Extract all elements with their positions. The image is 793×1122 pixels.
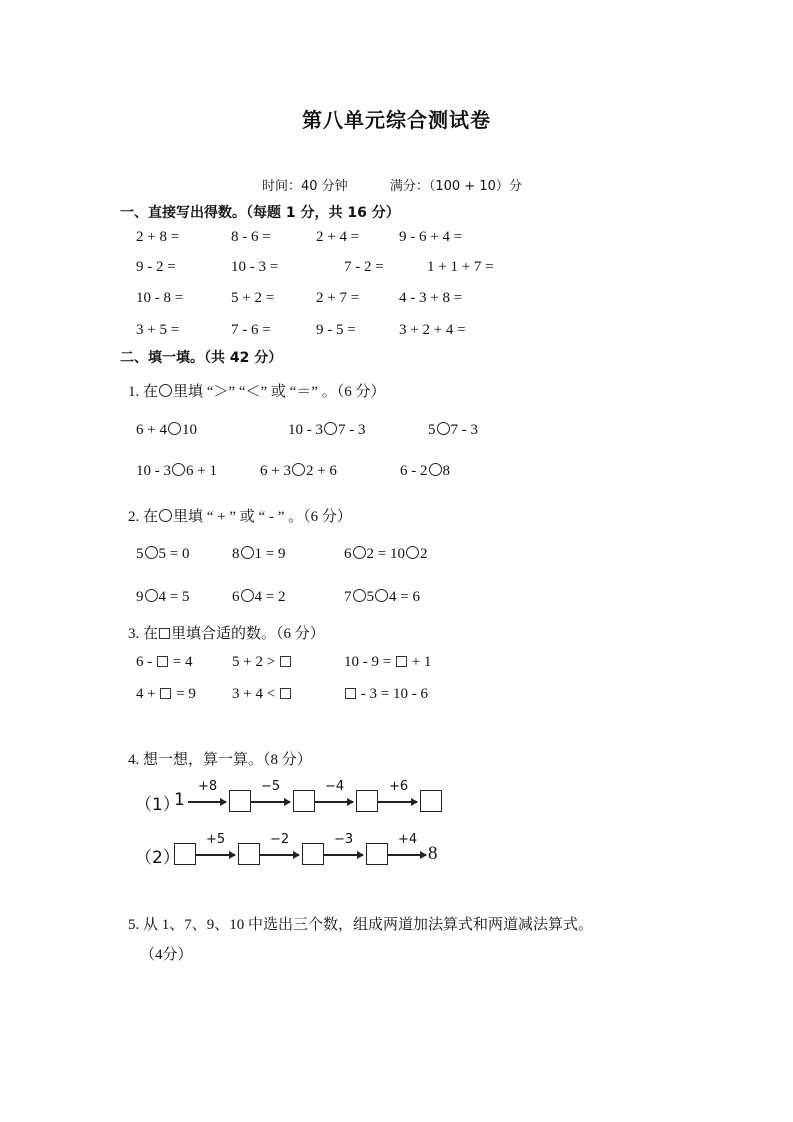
arrow-icon	[315, 801, 353, 803]
arrow-icon	[188, 801, 226, 803]
operator-item: 62 = 102	[344, 546, 427, 563]
operand: 6	[232, 589, 240, 605]
answer-square[interactable]	[280, 656, 291, 667]
answer-square[interactable]	[160, 688, 171, 699]
answer-circle[interactable]	[172, 463, 185, 476]
calc-item: 2 + 8 =	[136, 229, 179, 246]
q4-heading: 4. 想一想，算一算。（8 分）	[128, 748, 312, 769]
answer-box[interactable]	[229, 790, 251, 812]
compare-item: 6 + 410	[136, 422, 197, 439]
answer-box[interactable]	[174, 843, 196, 865]
answer-square[interactable]	[280, 688, 291, 699]
calc-item: 7 - 2 =	[344, 259, 384, 276]
time-limit: 时间：40 分钟	[262, 179, 348, 194]
q5-points: （4分）	[140, 943, 193, 964]
exam-meta: 时间：40 分钟 满分：（100 + 10）分	[262, 175, 522, 194]
answer-square[interactable]	[157, 656, 168, 667]
fill-before: 10 - 9 =	[344, 654, 395, 670]
operand: 5 = 0	[159, 546, 190, 562]
arrow-icon	[260, 854, 299, 856]
operand: 2	[420, 546, 428, 562]
operator-item: 81 = 9	[232, 546, 285, 563]
chain2-op: −3	[334, 832, 353, 847]
answer-circle[interactable]	[292, 463, 305, 476]
fill-item: 4 + = 9	[136, 686, 196, 703]
section1-heading: 一、直接写出得数。（每题 1 分，共 16 分）	[120, 202, 400, 222]
q1-heading: 1. 在里填 “＞” “＜” 或 “＝” 。（6 分）	[128, 380, 385, 401]
operator-item: 754 = 6	[344, 589, 420, 606]
compare-right: 2 + 6	[306, 463, 337, 479]
compare-left: 6 - 2	[400, 463, 428, 479]
chain2-op: +4	[398, 832, 417, 847]
arrow-icon	[196, 854, 235, 856]
operator-item: 94 = 5	[136, 589, 189, 606]
calc-item: 9 - 5 =	[316, 322, 356, 339]
answer-circle[interactable]	[437, 422, 450, 435]
answer-circle[interactable]	[241, 546, 254, 559]
square-icon	[159, 628, 170, 639]
compare-item: 10 - 36 + 1	[136, 463, 217, 480]
circle-icon	[159, 509, 172, 522]
compare-item: 57 - 3	[428, 422, 478, 439]
compare-item: 6 - 28	[400, 463, 450, 480]
arrow-icon	[324, 854, 363, 856]
fill-item: 3 + 4 <	[232, 686, 292, 703]
answer-circle[interactable]	[375, 589, 388, 602]
operand: 4 = 5	[159, 589, 190, 605]
calc-item: 8 - 6 =	[231, 229, 271, 246]
operand: 1 = 9	[255, 546, 286, 562]
operand: 5	[367, 589, 375, 605]
calc-item: 2 + 4 =	[316, 229, 359, 246]
fill-after: - 3 = 10 - 6	[357, 686, 428, 702]
operand: 7	[344, 589, 352, 605]
operand: 9	[136, 589, 144, 605]
calc-item: 10 - 3 =	[231, 259, 278, 276]
answer-box[interactable]	[366, 843, 388, 865]
q5-text: 5. 从 1、7、9、10 中选出三个数，组成两道加法算式和两道减法算式。	[128, 913, 593, 934]
answer-box[interactable]	[420, 790, 442, 812]
chain1-op: −4	[325, 779, 344, 794]
q3-heading: 3. 在里填合适的数。（6 分）	[128, 622, 325, 643]
answer-circle[interactable]	[353, 546, 366, 559]
chain1-op: −5	[261, 779, 280, 794]
operand: 4 = 2	[255, 589, 286, 605]
answer-square[interactable]	[396, 656, 407, 667]
arrow-icon	[378, 801, 417, 803]
fill-item: 5 + 2 >	[232, 654, 292, 671]
fill-item: 10 - 9 = + 1	[344, 654, 431, 671]
compare-item: 6 + 32 + 6	[260, 463, 337, 480]
calc-item: 3 + 2 + 4 =	[399, 322, 466, 339]
answer-box[interactable]	[293, 790, 315, 812]
chain1-start: 1	[174, 790, 185, 810]
answer-circle[interactable]	[241, 589, 254, 602]
operand: 2 = 10	[367, 546, 405, 562]
full-score: 满分：（100 + 10）分	[390, 179, 522, 194]
answer-circle[interactable]	[168, 422, 181, 435]
operand: 8	[232, 546, 240, 562]
fill-after: = 4	[169, 654, 192, 670]
answer-box[interactable]	[238, 843, 260, 865]
fill-before: 3 + 4 <	[232, 686, 279, 702]
circle-icon	[159, 384, 172, 397]
fill-after: = 9	[172, 686, 195, 702]
compare-left: 6 + 4	[136, 422, 167, 438]
calc-item: 9 - 2 =	[136, 259, 176, 276]
operator-item: 55 = 0	[136, 546, 189, 563]
calc-item: 4 - 3 + 8 =	[399, 290, 462, 307]
compare-right: 6 + 1	[186, 463, 217, 479]
fill-item: - 3 = 10 - 6	[344, 686, 428, 703]
chain1-op: +8	[198, 779, 217, 794]
answer-circle[interactable]	[324, 422, 337, 435]
answer-box[interactable]	[356, 790, 378, 812]
chain2-op: −2	[270, 832, 289, 847]
calc-item: 1 + 1 + 7 =	[427, 259, 494, 276]
answer-circle[interactable]	[429, 463, 442, 476]
compare-item: 10 - 37 - 3	[288, 422, 366, 439]
fill-item: 6 - = 4	[136, 654, 192, 671]
compare-right: 7 - 3	[451, 422, 479, 438]
arrow-icon	[251, 801, 290, 803]
calc-item: 7 - 6 =	[231, 322, 271, 339]
chain1-op: +6	[389, 779, 408, 794]
arrow-icon	[388, 854, 426, 856]
compare-left: 10 - 3	[136, 463, 171, 479]
fill-before: 5 + 2 >	[232, 654, 279, 670]
chain2-op: +5	[206, 832, 225, 847]
answer-circle[interactable]	[406, 546, 419, 559]
answer-circle[interactable]	[145, 546, 158, 559]
compare-left: 6 + 3	[260, 463, 291, 479]
answer-circle[interactable]	[145, 589, 158, 602]
compare-right: 8	[443, 463, 451, 479]
calc-item: 5 + 2 =	[231, 290, 274, 307]
operand: 4 = 6	[389, 589, 420, 605]
operator-item: 64 = 2	[232, 589, 285, 606]
compare-left: 10 - 3	[288, 422, 323, 438]
chain2-end: 8	[428, 843, 438, 865]
calc-item: 9 - 6 + 4 =	[399, 229, 462, 246]
answer-box[interactable]	[302, 843, 324, 865]
calc-item: 2 + 7 =	[316, 290, 359, 307]
operand: 5	[136, 546, 144, 562]
calc-item: 3 + 5 =	[136, 322, 179, 339]
answer-square[interactable]	[345, 688, 356, 699]
page-title: 第八单元综合测试卷	[0, 104, 793, 133]
compare-left: 5	[428, 422, 436, 438]
operand: 6	[344, 546, 352, 562]
q2-heading: 2. 在里填 “ + ” 或 “ - ” 。（6 分）	[128, 505, 352, 526]
calc-item: 10 - 8 =	[136, 290, 183, 307]
compare-right: 7 - 3	[338, 422, 366, 438]
answer-circle[interactable]	[353, 589, 366, 602]
fill-before: 6 -	[136, 654, 156, 670]
fill-after: + 1	[408, 654, 431, 670]
fill-before: 4 +	[136, 686, 159, 702]
section2-heading: 二、填一填。（共 42 分）	[120, 347, 282, 367]
compare-right: 10	[182, 422, 197, 438]
